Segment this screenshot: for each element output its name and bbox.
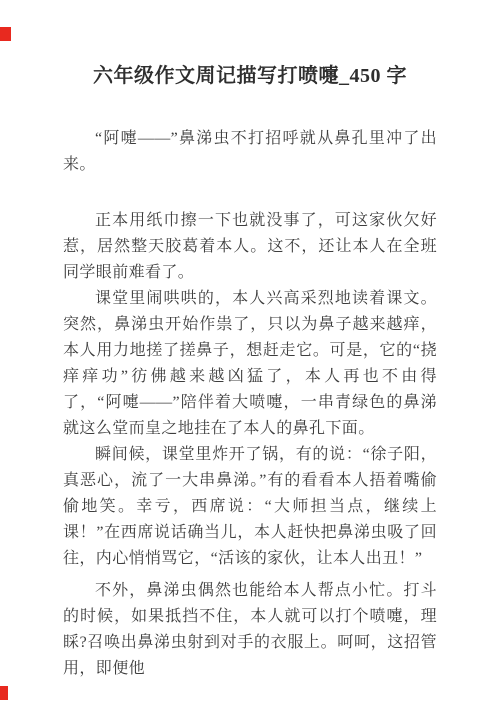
document-page: 六年级作文周记描写打喷嚏_450 字 “阿嚏——”鼻涕虫不打招呼就从鼻孔里冲了出…: [0, 0, 500, 708]
essay-paragraph: 瞬间候，课堂里炸开了锅，有的说：“徐子阳，真恶心，流了一大串鼻涕。”有的看看本人…: [63, 442, 437, 572]
essay-content: 六年级作文周记描写打喷嚏_450 字 “阿嚏——”鼻涕虫不打招呼就从鼻孔里冲了出…: [63, 0, 437, 682]
essay-paragraph: “阿嚏——”鼻涕虫不打招呼就从鼻孔里冲了出来。: [63, 126, 437, 178]
essay-paragraph: 正本用纸巾擦一下也就没事了，可这家伙欠好惹，居然整天胶葛着本人。这不，还让本人在…: [63, 208, 437, 286]
essay-paragraph: 不外，鼻涕虫偶然也能给本人帮点小忙。打斗的时候，如果抵挡不住，本人就可以打个喷嚏…: [63, 578, 437, 682]
page-title: 六年级作文周记描写打喷嚏_450 字: [63, 62, 437, 90]
red-marker-bottom-icon: [0, 686, 8, 700]
red-marker-top-icon: [0, 27, 11, 41]
essay-paragraph: 课堂里闹哄哄的，本人兴高采烈地读着课文。突然，鼻涕虫开始作祟了，只以为鼻子越来越…: [63, 286, 437, 442]
